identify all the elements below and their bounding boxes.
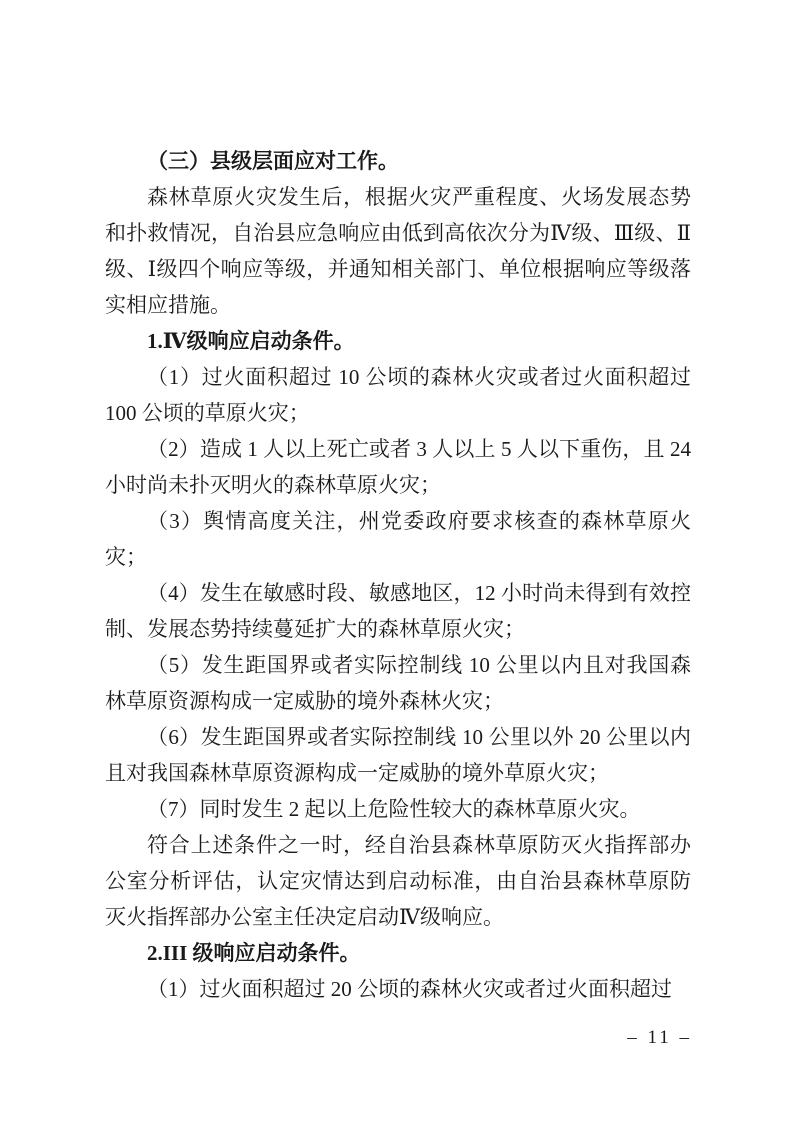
heading-level-iii-conditions: 2.III 级响应启动条件。 [105,935,691,971]
heading-county-level-response: （三）县级层面应对工作。 [105,143,691,179]
para-response-levels: 森林草原火灾发生后，根据火灾严重程度、火场发展态势和扑救情况，自治县应急响应由低… [105,179,691,323]
document-page: （三）县级层面应对工作。 森林草原火灾发生后，根据火灾严重程度、火场发展态势和扑… [0,0,793,1122]
heading-level-iv-conditions: 1.Ⅳ级响应启动条件。 [105,323,691,359]
para-iv-activation-procedure: 符合上述条件之一时，经自治县森林草原防灭火指挥部办公室分析评估，认定灾情达到启动… [105,827,691,935]
page-number: – 11 – [627,1026,692,1050]
condition-iii-item-1: （1）过火面积超过 20 公顷的森林火灾或者过火面积超过 [105,971,691,1007]
condition-iv-item-1: （1）过火面积超过 10 公顷的森林火灾或者过火面积超过 100 公顷的草原火灾… [105,359,691,431]
condition-iv-item-7: （7）同时发生 2 起以上危险性较大的森林草原火灾。 [105,791,691,827]
condition-iv-item-5: （5）发生距国界或者实际控制线 10 公里以内且对我国森林草原资源构成一定威胁的… [105,647,691,719]
condition-iv-item-3: （3）舆情高度关注，州党委政府要求核查的森林草原火灾； [105,503,691,575]
condition-iv-item-2: （2）造成 1 人以上死亡或者 3 人以上 5 人以下重伤，且 24 小时尚未扑… [105,431,691,503]
condition-iv-item-6: （6）发生距国界或者实际控制线 10 公里以外 20 公里以内且对我国森林草原资… [105,719,691,791]
page-body: （三）县级层面应对工作。 森林草原火灾发生后，根据火灾严重程度、火场发展态势和扑… [105,143,691,1007]
condition-iv-item-4: （4）发生在敏感时段、敏感地区，12 小时尚未得到有效控制、发展态势持续蔓延扩大… [105,575,691,647]
